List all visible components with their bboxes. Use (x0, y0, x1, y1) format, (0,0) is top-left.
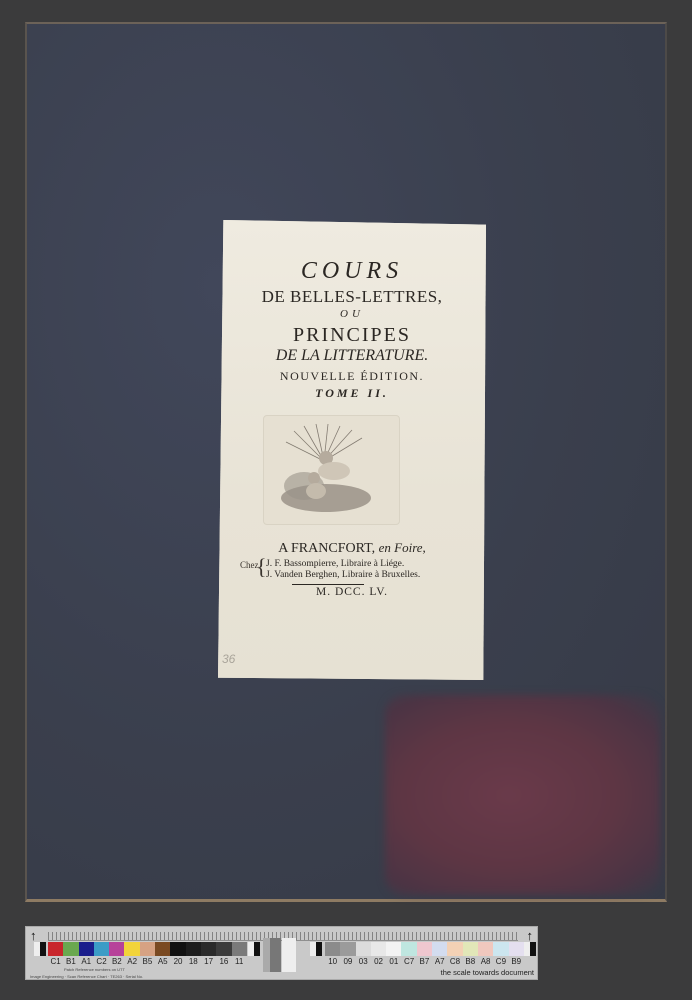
patch-label: A1 (79, 957, 94, 966)
color-patch (386, 942, 401, 956)
color-patch (79, 942, 94, 956)
date-line: M. DCC. LV. (218, 586, 486, 598)
maker-note: Image Engineering · Scan Reference Chart… (30, 974, 143, 979)
imprint-place: en Foire, (379, 540, 426, 555)
patch-label: C1 (48, 957, 63, 966)
color-patch (371, 942, 386, 956)
color-patch (155, 942, 170, 956)
title-ou: OU (218, 308, 486, 320)
color-patch (401, 942, 416, 956)
color-patch (63, 942, 78, 956)
patch-label: 09 (340, 957, 355, 966)
right-color-patches (325, 942, 524, 956)
patch-label: 10 (325, 957, 340, 966)
patch-label: B9 (509, 957, 524, 966)
color-patch (201, 942, 216, 956)
color-reference-target: ↑ ↑ C1B1A1C2B2A2B5A52018171611 100903020… (25, 926, 538, 980)
patch-label: 16 (216, 957, 231, 966)
title-cours: COURS (218, 258, 486, 285)
imprint-city: A FRANCFORT, (278, 541, 375, 556)
patch-label: 18 (186, 957, 201, 966)
color-patch (509, 942, 524, 956)
gray-block-icon (524, 942, 536, 956)
patch-label: 17 (201, 957, 216, 966)
patch-label: 01 (386, 957, 401, 966)
color-patch (216, 942, 231, 956)
patch-label: C9 (493, 957, 508, 966)
imprint-rule (292, 584, 364, 585)
patch-label: A2 (124, 957, 139, 966)
gray-step-wedge (263, 938, 281, 972)
pencil-mark: 36 (222, 652, 235, 666)
color-patch (48, 942, 63, 956)
patch-label: B7 (417, 957, 432, 966)
patch-label: 02 (371, 957, 386, 966)
color-patch (325, 942, 340, 956)
color-patch (186, 942, 201, 956)
patch-label: 20 (170, 957, 185, 966)
color-patch (140, 942, 155, 956)
publisher-2: J. Vanden Berghen, Libraire à Bruxelles. (266, 570, 420, 580)
title-principes: PRINCIPES (218, 324, 486, 347)
up-arrow-icon: ↑ (30, 928, 37, 943)
edition-line: NOUVELLE ÉDITION. (218, 369, 486, 384)
title-page: COURS DE BELLES-LETTRES, OU PRINCIPES DE… (218, 220, 486, 680)
patch-label: B1 (63, 957, 78, 966)
patch-label: C2 (94, 957, 109, 966)
vignette-engraving-icon (263, 415, 400, 525)
color-patch (356, 942, 371, 956)
color-patch (478, 942, 493, 956)
color-patch (170, 942, 185, 956)
patch-label: B5 (140, 957, 155, 966)
right-patch-labels: 1009030201C7B7A7C8B8A8C9B9 (325, 957, 524, 966)
brace-glyph: { (256, 556, 267, 578)
patch-label: C8 (447, 957, 462, 966)
patch-note: Patch Reference numbers on UTT (64, 967, 125, 972)
patch-label: B8 (463, 957, 478, 966)
patch-label: B2 (109, 957, 124, 966)
gray-block-icon (34, 942, 46, 956)
volume-line: TOME II. (218, 386, 486, 401)
up-arrow-icon: ↑ (527, 928, 534, 943)
color-patch (463, 942, 478, 956)
scale-note: the scale towards document (441, 968, 534, 977)
left-color-patches (48, 942, 247, 956)
patch-label: C7 (401, 957, 416, 966)
color-patch (447, 942, 462, 956)
patch-label: 11 (232, 957, 247, 966)
color-patch (232, 942, 247, 956)
board-stain (385, 695, 660, 895)
patch-label: A5 (155, 957, 170, 966)
color-patch (124, 942, 139, 956)
color-patch (493, 942, 508, 956)
title-litterature: DE LA LITTERATURE. (218, 347, 486, 365)
color-patch (432, 942, 447, 956)
patch-label: 03 (356, 957, 371, 966)
title-belles-lettres: DE BELLES-LETTRES, (218, 287, 486, 307)
publisher-1: J. F. Bassompierre, Libraire à Liége. (266, 559, 404, 569)
color-patch (340, 942, 355, 956)
gray-block-icon (310, 942, 322, 956)
color-patch (417, 942, 432, 956)
gray-block-icon (248, 942, 260, 956)
resolution-card (282, 938, 296, 972)
color-patch (109, 942, 124, 956)
patch-label: A8 (478, 957, 493, 966)
patch-label: A7 (432, 957, 447, 966)
color-patch (94, 942, 109, 956)
left-patch-labels: C1B1A1C2B2A2B5A52018171611 (48, 957, 247, 966)
